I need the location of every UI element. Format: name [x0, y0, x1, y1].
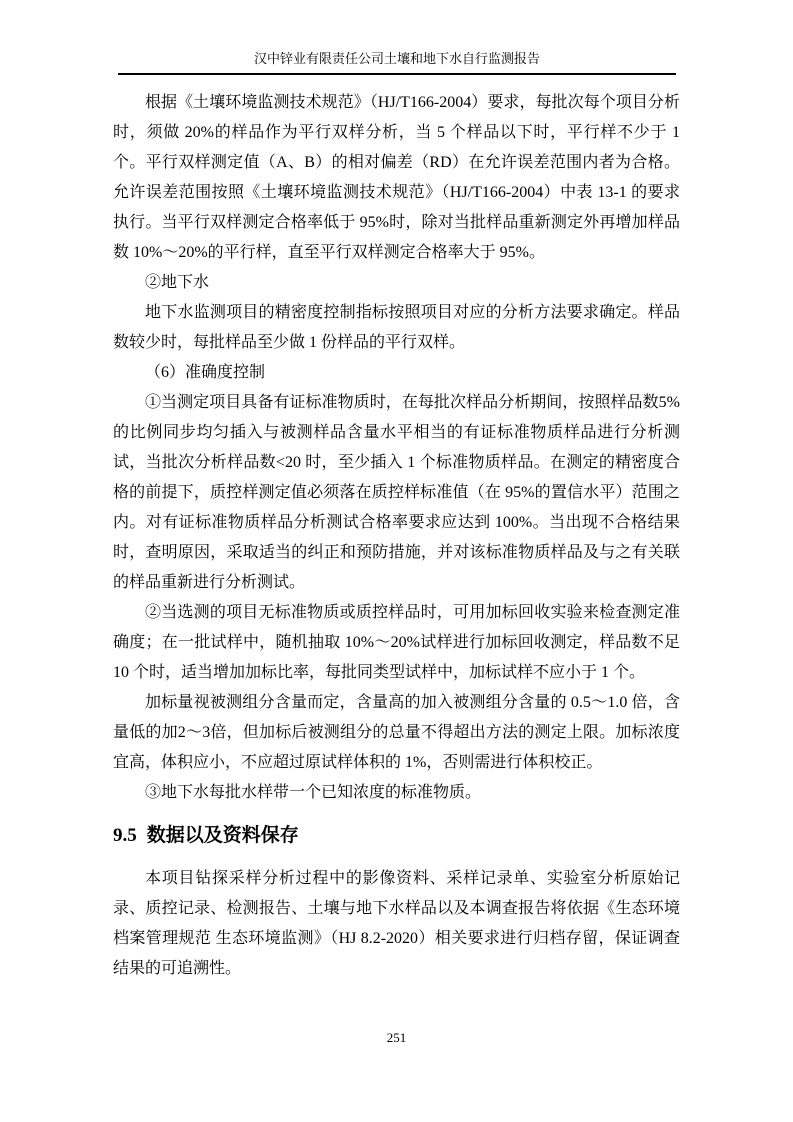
paragraph-certified-reference-material: ①当测定项目具备有证标准物质时，在每批次样品分析期间，按照样品数5%的比例同步均…	[113, 388, 680, 598]
paragraph-accuracy-control-label: （6）准确度控制	[113, 358, 680, 388]
paragraph-parallel-duplicate-rules: 根据《土壤环境监测技术规范》（HJ/T166-2004）要求，每批次每个项目分析…	[113, 88, 680, 268]
document-body: 根据《土壤环境监测技术规范》（HJ/T166-2004）要求，每批次每个项目分析…	[113, 88, 680, 984]
section-title: 数据以及资料保存	[147, 825, 299, 846]
paragraph-groundwater-precision: 地下水监测项目的精密度控制指标按照项目对应的分析方法要求确定。样品数较少时，每批…	[113, 298, 680, 358]
paragraph-spike-recovery: ②当选测的项目无标准物质或质控样品时，可用加标回收实验来检查测定准确度；在一批试…	[113, 598, 680, 688]
paragraph-data-archiving: 本项目钻探采样分析过程中的影像资料、采样记录单、实验室分析原始记录、质控记录、检…	[113, 864, 680, 984]
page-header: 汉中锌业有限责任公司土壤和地下水自行监测报告	[118, 50, 676, 75]
paragraph-spike-amount: 加标量视被测组分含量而定，含量高的加入被测组分含量的 0.5～1.0 倍，含量低…	[113, 688, 680, 778]
section-heading: 9.5数据以及资料保存	[113, 822, 680, 850]
document-page: 汉中锌业有限责任公司土壤和地下水自行监测报告 根据《土壤环境监测技术规范》（HJ…	[0, 0, 793, 1122]
paragraph-groundwater-label: ②地下水	[113, 268, 680, 298]
paragraph-groundwater-standard: ③地下水每批水样带一个已知浓度的标准物质。	[113, 778, 680, 808]
page-number: 251	[387, 1030, 407, 1045]
page-footer: 251	[0, 1030, 793, 1046]
running-header-title: 汉中锌业有限责任公司土壤和地下水自行监测报告	[254, 51, 540, 66]
section-number: 9.5	[113, 825, 137, 846]
